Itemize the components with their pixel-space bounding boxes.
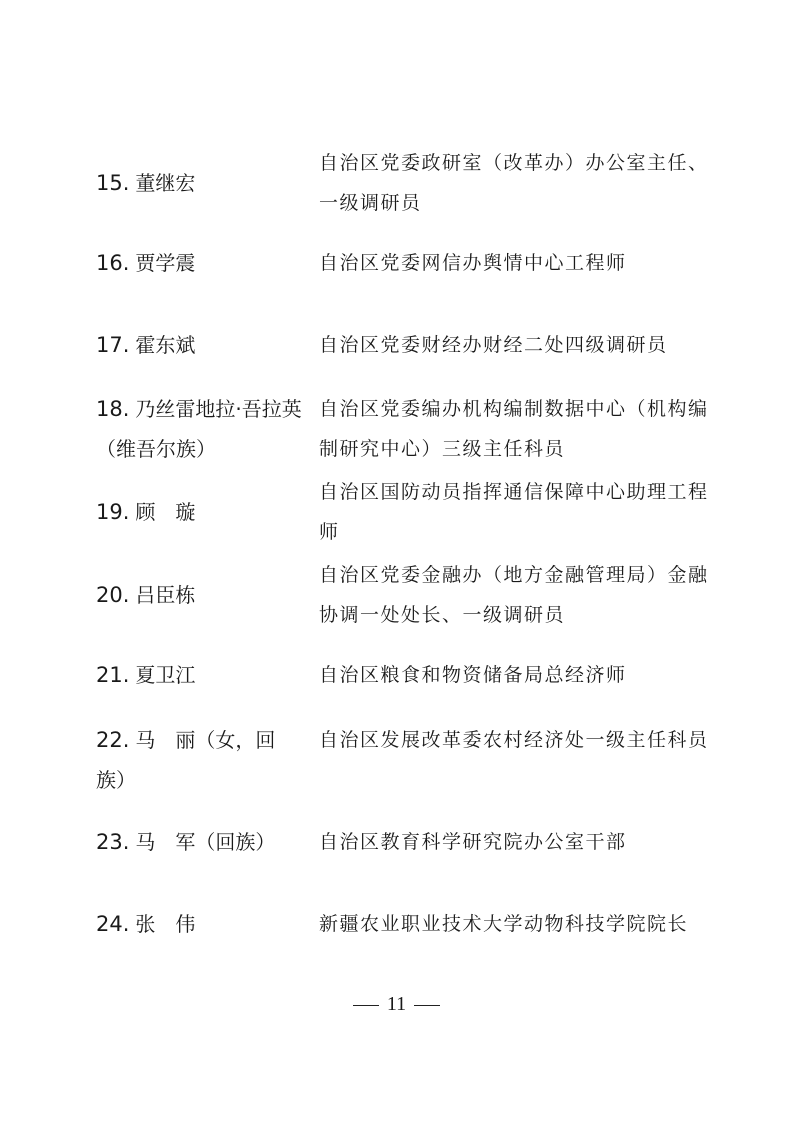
entry-name: 霍东斌: [135, 333, 195, 357]
entry-name: 马 军（回族）: [135, 830, 275, 854]
page-number-footer: 11: [0, 993, 793, 1016]
entry-name: 贾学震: [135, 251, 195, 275]
entry-name: 顾 璇: [135, 500, 195, 524]
entry-role: 自治区发展改革委农村经济处一级主任科员: [319, 720, 719, 760]
entry-number: 16.: [96, 251, 129, 275]
entry-number: 21.: [96, 663, 129, 687]
entry-role: 自治区党委金融办（地方金融管理局）金融协调一处处长、一级调研员: [319, 555, 719, 635]
entry-name: 董继宏: [135, 171, 195, 195]
entry-role: 新疆农业职业技术大学动物科技学院院长: [319, 904, 719, 944]
dash-left: [353, 1005, 379, 1006]
entry-number: 18.: [96, 397, 129, 421]
entry-number: 20.: [96, 583, 129, 607]
entry-number: 22.: [96, 728, 129, 752]
entry-name: 夏卫江: [135, 663, 195, 687]
entry-role: 自治区粮食和物资储备局总经济师: [319, 655, 719, 695]
dash-right: [414, 1005, 440, 1006]
entry-number: 15.: [96, 171, 129, 195]
entry-number: 24.: [96, 912, 129, 936]
entry-role: 自治区教育科学研究院办公室干部: [319, 822, 719, 862]
entry-role: 自治区党委网信办舆情中心工程师: [319, 243, 719, 283]
entry-name: 吕臣栋: [135, 583, 195, 607]
entry-role: 自治区党委政研室（改革办）办公室主任、一级调研员: [319, 143, 719, 223]
entry-role: 自治区国防动员指挥通信保障中心助理工程师: [319, 472, 719, 552]
entry-number: 17.: [96, 333, 129, 357]
entry-number: 19.: [96, 500, 129, 524]
page-number: 11: [387, 993, 406, 1015]
entry-name: 张 伟: [135, 912, 195, 936]
entry-role: 自治区党委编办机构编制数据中心（机构编制研究中心）三级主任科员: [319, 389, 719, 469]
entry-number: 23.: [96, 830, 129, 854]
entry-role: 自治区党委财经办财经二处四级调研员: [319, 325, 719, 365]
